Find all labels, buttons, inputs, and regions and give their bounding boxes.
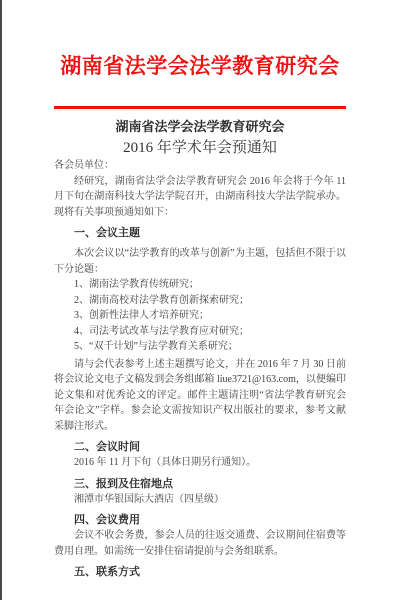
section-heading-topic: 一、会议主题 bbox=[54, 225, 346, 241]
org-title: 湖南省法学会法学教育研究会 bbox=[54, 118, 346, 135]
venue-text: 湘潭市华银国际大酒店（四星级） bbox=[54, 492, 346, 508]
letterhead-title: 湖南省法学会法学教育研究会 bbox=[54, 52, 346, 80]
section-heading-contact: 五、联系方式 bbox=[54, 564, 346, 580]
agenda-topic-item: 4、司法考试改革与法学教育应对研究； bbox=[54, 324, 346, 340]
section-heading-fees: 四、会议费用 bbox=[54, 512, 346, 528]
intro-paragraph: 经研究，湖南省法学会法学教育研究会 2016 年会将于今年 11 月下旬在湖南科… bbox=[54, 174, 346, 221]
document-body: 各会员单位： 经研究，湖南省法学会法学教育研究会 2016 年会将于今年 11 … bbox=[54, 158, 346, 580]
agenda-topic-item: 2、湖南高校对法学教育创新探索研究； bbox=[54, 293, 346, 309]
meeting-time-text: 2016 年 11 月下旬（具体日期另行通知）。 bbox=[54, 455, 346, 471]
agenda-topic-item: 1、湖南法学教育传统研究； bbox=[54, 277, 346, 293]
agenda-topic-item: 5、“双千计划”与法学教育关系研究； bbox=[54, 339, 346, 355]
section-heading-venue: 三、报到及住宿地点 bbox=[54, 476, 346, 492]
fees-paragraph: 会议不收会务费，参会人员的往返交通费、会议期间住宿费等费用自理。如需统一安排住宿… bbox=[54, 528, 346, 559]
salutation: 各会员单位： bbox=[54, 158, 346, 174]
section-heading-time: 二、会议时间 bbox=[54, 439, 346, 455]
document-content: 湖南省法学会法学教育研究会 湖南省法学会法学教育研究会 2016 年学术年会预通… bbox=[2, 52, 400, 580]
letterhead-divider bbox=[54, 106, 346, 109]
document-page: 湖南省法学会法学教育研究会 湖南省法学会法学教育研究会 2016 年学术年会预通… bbox=[0, 0, 400, 600]
paper-submission-paragraph: 请与会代表参考上述主题撰写论文，并在 2016 年 7 月 30 日前将会议论文… bbox=[54, 357, 346, 435]
agenda-topic-item: 3、创新性法律人才培养研究； bbox=[54, 308, 346, 324]
topic-lead-paragraph: 本次会议以“法学教育的改革与创新”为主题，包括但不限于以下分论题： bbox=[54, 246, 346, 277]
doc-title: 2016 年学术年会预通知 bbox=[54, 138, 346, 158]
